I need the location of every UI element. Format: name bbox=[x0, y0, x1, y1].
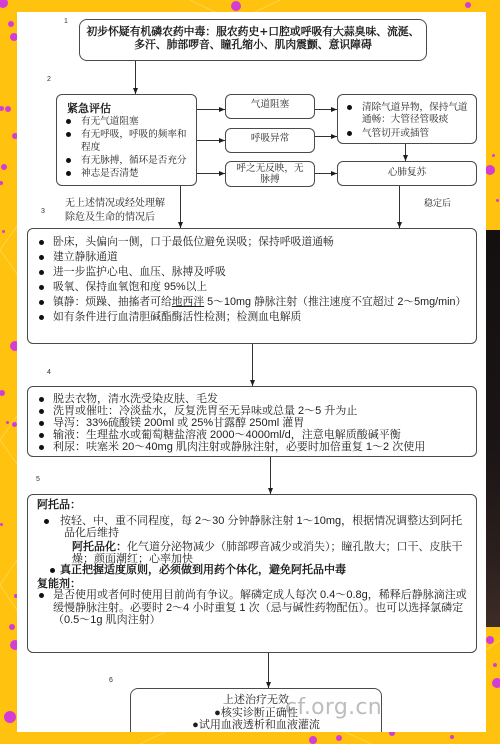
list-item: 神志是否清楚 bbox=[66, 167, 191, 180]
bullet-icon bbox=[39, 315, 44, 320]
sedation-drug-link: 地西泮 bbox=[172, 296, 204, 308]
decorative-dot bbox=[2, 230, 5, 233]
abnormal-breathing-box: 呼吸异常 bbox=[225, 128, 315, 153]
list-item-text: 建立静脉通道 bbox=[53, 250, 473, 265]
list-item: 进一步监护心电、血压、脉搏及呼吸 bbox=[39, 265, 474, 280]
antidotes-box: 阿托品： 按轻、中、重不同程度，每 2～30 分钟静脉注射 1～10mg，根据情… bbox=[27, 494, 477, 653]
no-response-no-pulse-box: 呼之无反映，无脉搏 bbox=[225, 161, 315, 187]
bullet-icon bbox=[39, 445, 44, 450]
bullet-icon bbox=[39, 433, 44, 438]
sedation-text: 镇静：烦躁、抽搐者可给地西泮 5～10mg 静脉注射（推注速度不宜超过 2～5m… bbox=[53, 295, 473, 310]
atropinization-label: 阿托品化： bbox=[72, 540, 127, 553]
bullet-icon bbox=[347, 131, 352, 136]
list-item: 建立静脉通道 bbox=[39, 250, 474, 265]
decorative-dot bbox=[8, 21, 14, 27]
bullet-icon bbox=[39, 397, 44, 402]
decorative-dot bbox=[486, 636, 494, 644]
decorative-dot bbox=[6, 421, 9, 424]
list-item-text: 进一步监护心电、血压、脉搏及呼吸 bbox=[53, 265, 473, 280]
airway-obstruction-label: 气道阻塞 bbox=[226, 95, 314, 111]
no-response-no-pulse-label: 呼之无反映，无脉搏 bbox=[234, 163, 306, 185]
refractory-item: ●试用血液透析和血液灌流 bbox=[131, 719, 381, 732]
bullet-icon bbox=[39, 240, 44, 245]
list-item-text: 有无气道阻塞 bbox=[81, 115, 191, 128]
list-item-text: 脱去衣物，清水洗受染皮肤、毛发 bbox=[53, 393, 473, 405]
bullet-icon bbox=[66, 119, 71, 124]
list-item-text: 卧床，头偏向一侧，口于最低位避免误吸；保持呼吸道通畅 bbox=[53, 235, 473, 250]
abnormal-breathing-label: 呼吸异常 bbox=[226, 129, 314, 145]
general-measures-box: 卧床，头偏向一侧，口于最低位避免误吸；保持呼吸道通畅 建立静脉通道 进一步监护心… bbox=[27, 228, 477, 344]
atropinization-text: 化气道分泌物减少（肺部啰音减少或消失）；瞳孔散大；口干、皮肤干燥；颜面潮红；心率… bbox=[72, 541, 463, 566]
initial-suspicion-box: 初步怀疑有机磷农药中毒：服农药史+口腔或呼吸有大蒜臭味、流涎、多汗、肺部啰音、瞳… bbox=[79, 19, 427, 61]
bullet-icon bbox=[39, 300, 44, 305]
bullet-icon bbox=[39, 421, 44, 426]
page-canvas: 1 2 3 4 5 6 初步怀疑有机磷农药中毒：服农药史+口腔或呼吸有大蒜臭味、… bbox=[0, 0, 500, 744]
decontamination-list: 脱去衣物，清水洗受染皮肤、毛发 洗胃或催吐：冷淡盐水，反复洗胃至无异味或总量 2… bbox=[39, 393, 474, 453]
emergency-assessment-box: 紧急评估 有无气道阻塞 有无呼吸，呼吸的频率和程度 有无脉搏，循环是否充分 神志… bbox=[56, 94, 197, 186]
atropine-warning-item: 真正把握适度原则，必须做到用药个体化，避免阿托品中毒 bbox=[50, 564, 347, 577]
decorative-dot bbox=[0, 523, 3, 526]
list-item-text: 有无脉搏，循环是否充分 bbox=[81, 154, 191, 167]
atropine-warning-text: 真正把握适度原则，必须做到用药个体化，避免阿托品中毒 bbox=[60, 564, 346, 577]
flowchart-document: 1 2 3 4 5 6 初步怀疑有机磷农药中毒：服农药史+口腔或呼吸有大蒜臭味、… bbox=[17, 12, 486, 732]
bullet-icon bbox=[39, 270, 44, 275]
flowchart-layer: 1 2 3 4 5 6 初步怀疑有机磷农药中毒：服农药史+口腔或呼吸有大蒜臭味、… bbox=[17, 12, 486, 732]
bullet-icon bbox=[66, 171, 71, 176]
bullet-icon bbox=[39, 285, 44, 290]
decorative-dot bbox=[485, 165, 495, 175]
airway-management-list: 清除气道异物，保持气道通畅：大管径管吸痰 气管切开或插管 bbox=[347, 102, 473, 140]
sedation-suffix: 5～10mg 静脉注射（推注速度不宜超过 2～5mg/min） bbox=[204, 296, 466, 308]
atropinization-paragraph: 阿托品化：化气道分泌物减少（肺部啰音减少或消失）；瞳孔散大；口干、皮肤干燥；颜面… bbox=[72, 541, 474, 566]
sedation-prefix: 镇静：烦躁、抽搐者可给 bbox=[53, 296, 172, 308]
emergency-assessment-list: 有无气道阻塞 有无呼吸，呼吸的频率和程度 有无脉搏，循环是否充分 神志是否清楚 bbox=[66, 115, 191, 180]
list-item: 输液：生理盐水或葡萄糖盐溶液 2000～4000ml/d，注意电解质酸碱平衡 bbox=[39, 429, 474, 441]
list-item-text: 气管切开或插管 bbox=[362, 128, 472, 140]
general-measures-list: 卧床，头偏向一侧，口于最低位避免误吸；保持呼吸道通畅 建立静脉通道 进一步监护心… bbox=[39, 235, 474, 325]
after-stabilization-label: 稳定后 bbox=[424, 198, 451, 208]
list-item: 有无气道阻塞 bbox=[66, 115, 191, 128]
sedation-item: 镇静：烦躁、抽搐者可给地西泮 5～10mg 静脉注射（推注速度不宜超过 2～5m… bbox=[39, 295, 474, 310]
step-number-1: 1 bbox=[64, 18, 68, 26]
atropine-dosing-text: 按轻、中、重不同程度，每 2～30 分钟静脉注射 1～10mg，根据情况调整达到… bbox=[60, 515, 468, 540]
list-item: 吸氧、保持血氧饱和度 95%以上 bbox=[39, 280, 474, 295]
decorative-dot bbox=[4, 711, 16, 723]
decorative-dot bbox=[5, 106, 11, 112]
no-life-threat-label: 无上述情况或经处理解除危及生命的情况后 bbox=[65, 197, 169, 225]
list-item: 清除气道异物，保持气道通畅：大管径管吸痰 bbox=[347, 102, 473, 126]
emergency-assessment-title: 紧急评估 bbox=[67, 102, 111, 115]
decorative-dot bbox=[492, 154, 495, 157]
step-number-4: 4 bbox=[47, 369, 51, 377]
list-item-text: 利尿：呋塞米 20～40mg 肌肉注射或静脉注射，必要时加倍重复 1～2 次使用 bbox=[53, 441, 473, 453]
atropine-dosing-item: 按轻、中、重不同程度，每 2～30 分钟静脉注射 1～10mg，根据情况调整达到… bbox=[44, 515, 469, 540]
step-number-3: 3 bbox=[41, 208, 45, 216]
list-item-text: 神志是否清楚 bbox=[81, 167, 191, 180]
list-item: 有无呼吸，呼吸的频率和程度 bbox=[66, 128, 191, 154]
decorative-dot bbox=[1, 164, 7, 170]
list-item: 有无脉搏，循环是否充分 bbox=[66, 154, 191, 167]
bullet-icon bbox=[39, 255, 44, 260]
list-item-text: 清除气道异物，保持气道通畅：大管径管吸痰 bbox=[362, 102, 472, 126]
decorative-dot bbox=[309, 736, 317, 744]
decorative-dot bbox=[465, 2, 471, 8]
decorative-dot bbox=[496, 199, 499, 202]
bullet-icon bbox=[39, 409, 44, 414]
list-item: 脱去衣物，清水洗受染皮肤、毛发 bbox=[39, 393, 474, 405]
bullet-icon bbox=[66, 132, 71, 137]
list-item: 导泻：33%硫酸镁 200ml 或 25%甘露醇 250ml 灌胃 bbox=[39, 417, 474, 429]
list-item-text: 如有条件进行血清胆碱酯酶活性检测；检测血电解质 bbox=[53, 310, 473, 325]
side-photo-strip bbox=[484, 230, 500, 627]
decorative-dot bbox=[492, 678, 500, 688]
list-item: 卧床，头偏向一侧，口于最低位避免误吸；保持呼吸道通畅 bbox=[39, 235, 474, 250]
decorative-dot bbox=[493, 663, 497, 667]
list-item: 如有条件进行血清胆碱酯酶活性检测；检测血电解质 bbox=[39, 310, 474, 325]
atropine-title: 阿托品： bbox=[37, 498, 81, 511]
cpr-box: 心肺复苏 bbox=[337, 161, 477, 186]
airway-obstruction-box: 气道阻塞 bbox=[225, 94, 315, 119]
list-item: 利尿：呋塞米 20～40mg 肌肉注射或静脉注射，必要时加倍重复 1～2 次使用 bbox=[39, 441, 474, 453]
step-number-2: 2 bbox=[47, 76, 51, 84]
watermark: cf.org.cn bbox=[285, 696, 382, 720]
decorative-dot bbox=[450, 735, 454, 739]
reactivator-item: 是否使用或者何时使用目前尚有争议。解磷定成人每次 0.4～0.8g，稀释后静脉滴… bbox=[39, 589, 473, 627]
list-item-text: 导泻：33%硫酸镁 200ml 或 25%甘露醇 250ml 灌胃 bbox=[53, 417, 473, 429]
list-item-text: 洗胃或催吐：冷淡盐水，反复洗胃至无异味或总量 2～5 升为止 bbox=[53, 405, 473, 417]
decontamination-box: 脱去衣物，清水洗受染皮肤、毛发 洗胃或催吐：冷淡盐水，反复洗胃至无异味或总量 2… bbox=[27, 386, 477, 457]
bullet-icon bbox=[39, 593, 44, 598]
list-item: 洗胃或催吐：冷淡盐水，反复洗胃至无异味或总量 2～5 升为止 bbox=[39, 405, 474, 417]
bullet-icon bbox=[50, 568, 55, 573]
list-item-text: 吸氧、保持血氧饱和度 95%以上 bbox=[53, 280, 473, 295]
bullet-icon bbox=[44, 519, 49, 524]
cpr-label: 心肺复苏 bbox=[338, 162, 476, 179]
decorative-dot bbox=[336, 735, 342, 741]
reactivator-text: 是否使用或者何时使用目前尚有争议。解磷定成人每次 0.4～0.8g，稀释后静脉滴… bbox=[53, 589, 472, 627]
initial-suspicion-text: 初步怀疑有机磷农药中毒：服农药史+口腔或呼吸有大蒜臭味、流涎、多汗、肺部啰音、瞳… bbox=[84, 26, 422, 51]
list-item-text: 输液：生理盐水或葡萄糖盐溶液 2000～4000ml/d，注意电解质酸碱平衡 bbox=[53, 429, 473, 441]
step-number-6: 6 bbox=[109, 677, 113, 685]
list-item-text: 有无呼吸，呼吸的频率和程度 bbox=[81, 128, 191, 154]
bullet-icon bbox=[347, 105, 352, 110]
airway-management-box: 清除气道异物，保持气道通畅：大管径管吸痰 气管切开或插管 bbox=[337, 94, 477, 144]
bullet-icon bbox=[66, 158, 71, 163]
decorative-dot bbox=[231, 1, 241, 11]
step-number-5: 5 bbox=[36, 476, 40, 484]
list-item: 气管切开或插管 bbox=[347, 128, 473, 140]
decorative-dot bbox=[9, 624, 15, 630]
